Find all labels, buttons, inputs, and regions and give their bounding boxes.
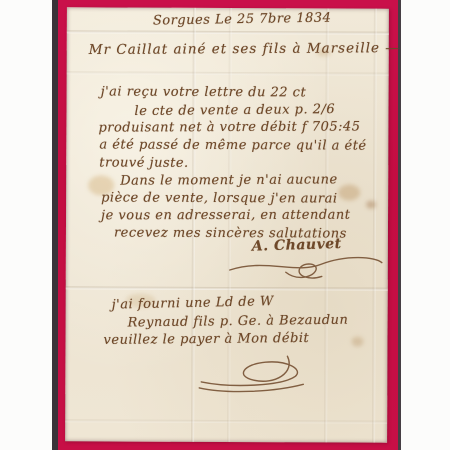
letter-body-line: a été passé de même parce qu'il a été (99, 137, 366, 153)
fold-crease (324, 8, 329, 442)
postscript-line: Reynaud fils p. Ge. à Bezaudun (127, 313, 348, 331)
fold-crease (67, 30, 389, 34)
letter-paper: Sorgues Le 25 7bre 1834 Mr Caillat ainé … (65, 7, 389, 442)
signature-flourish (226, 248, 386, 281)
paraph-flourish (191, 342, 311, 395)
letter-body-line: je vous en adresserai, en attendant (101, 208, 350, 224)
paper-stain (338, 184, 360, 200)
fold-crease (372, 9, 377, 443)
paper-stain (366, 201, 376, 209)
letter-date-line: Sorgues Le 25 7bre 1834 (153, 11, 332, 29)
letter-body-line: le cte de vente a deux p. 2/6 (134, 102, 335, 119)
red-display-mat: Sorgues Le 25 7bre 1834 Mr Caillat ainé … (52, 0, 401, 450)
letter-body-line: trouvé juste. (99, 155, 189, 170)
postscript-line: j'ai fourni une Ld de W (112, 294, 274, 313)
letter-body-line: produisant net à votre débit f 705:45 (98, 119, 360, 135)
letter-body-line: Dans le moment je n'ai aucune (120, 172, 338, 188)
letter-recipient-line: Mr Caillat ainé et ses fils à Marseille … (89, 40, 400, 58)
letter-body-line: j'ai reçu votre lettre du 22 ct (101, 84, 307, 100)
letter-body-line: pièce de vente, lorsque j'en aurai (101, 190, 338, 206)
paper-stain (351, 337, 363, 347)
